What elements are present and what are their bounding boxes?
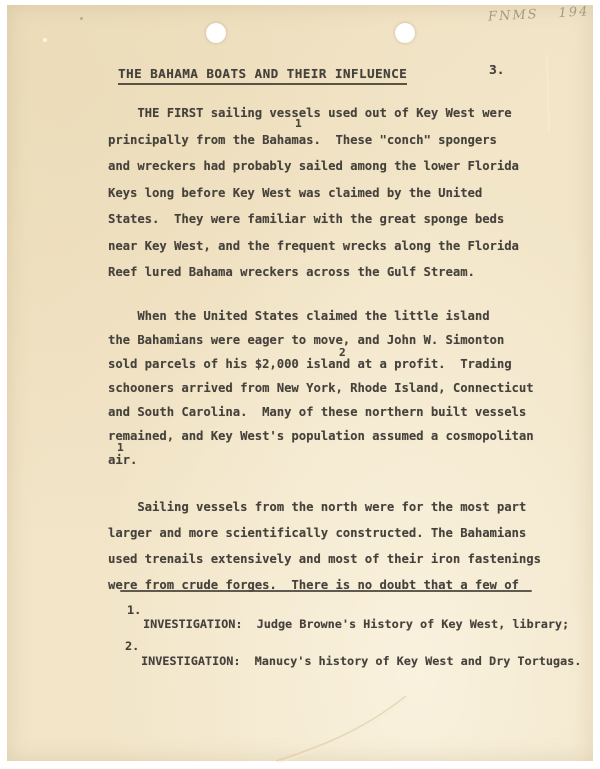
text-line: were from crude forges. There is no doub… <box>108 572 541 598</box>
footnote-marker-2: 2 <box>339 346 346 359</box>
text-line: States. They were familiar with the grea… <box>108 206 519 233</box>
text-line: and wreckers had probably sailed among t… <box>108 153 519 180</box>
text-line: THE FIRST sailing vessels used out of Ke… <box>108 100 519 127</box>
footnote-2-text: INVESTIGATION: Manucy's history of Key W… <box>141 654 581 668</box>
text-line: and South Carolina. Many of these northe… <box>108 400 534 424</box>
text-line: Keys long before Key West was claimed by… <box>108 180 519 207</box>
footnote-2-marker: 2. <box>125 639 139 653</box>
footnote-marker-1: 1 <box>295 117 302 130</box>
archive-number: 194 <box>558 4 590 21</box>
text-line: schooners arrived from New York, Rhode I… <box>108 376 534 400</box>
paragraph-2: When the United States claimed the littl… <box>108 304 534 472</box>
paper-speck <box>80 17 83 20</box>
title-row: THE BAHAMA BOATS AND THEIR INFLUENCE <box>118 63 407 82</box>
text-line: Reef lured Bahama wreckers across the Gu… <box>108 259 519 286</box>
scanned-document: FNMS 194 THE BAHAMA BOATS AND THEIR INFL… <box>0 0 600 769</box>
archive-code: FNMS <box>488 7 539 25</box>
hole-punch-left <box>206 23 226 43</box>
footnote-marker-1b: 1 <box>117 441 124 454</box>
text-line: the Bahamians were eager to move, and Jo… <box>108 328 534 352</box>
paragraph-3: Sailing vessels from the north were for … <box>108 494 541 598</box>
text-line: air. <box>108 448 534 472</box>
paragraph-1: THE FIRST sailing vessels used out of Ke… <box>108 100 519 286</box>
text-line: used trenails extensively and most of th… <box>108 546 541 572</box>
page-number: 3. <box>489 63 504 78</box>
text-line: sold parcels of his $2,000 island at a p… <box>108 352 534 376</box>
text-line: When the United States claimed the littl… <box>108 304 534 328</box>
hole-punch-right <box>395 23 415 43</box>
footnote-separator <box>120 590 532 592</box>
paper-speck <box>43 38 47 42</box>
text-line: principally from the Bahamas. These "con… <box>108 127 519 154</box>
footnote-1-marker: 1. <box>127 603 141 617</box>
page-title: THE BAHAMA BOATS AND THEIR INFLUENCE <box>118 66 407 85</box>
footnote-1-text: INVESTIGATION: Judge Browne's History of… <box>143 617 569 631</box>
text-line: Sailing vessels from the north were for … <box>108 494 541 520</box>
text-line: remained, and Key West's population assu… <box>108 424 534 448</box>
text-line: near Key West, and the frequent wrecks a… <box>108 233 519 260</box>
text-line: larger and more scientifically construct… <box>108 520 541 546</box>
